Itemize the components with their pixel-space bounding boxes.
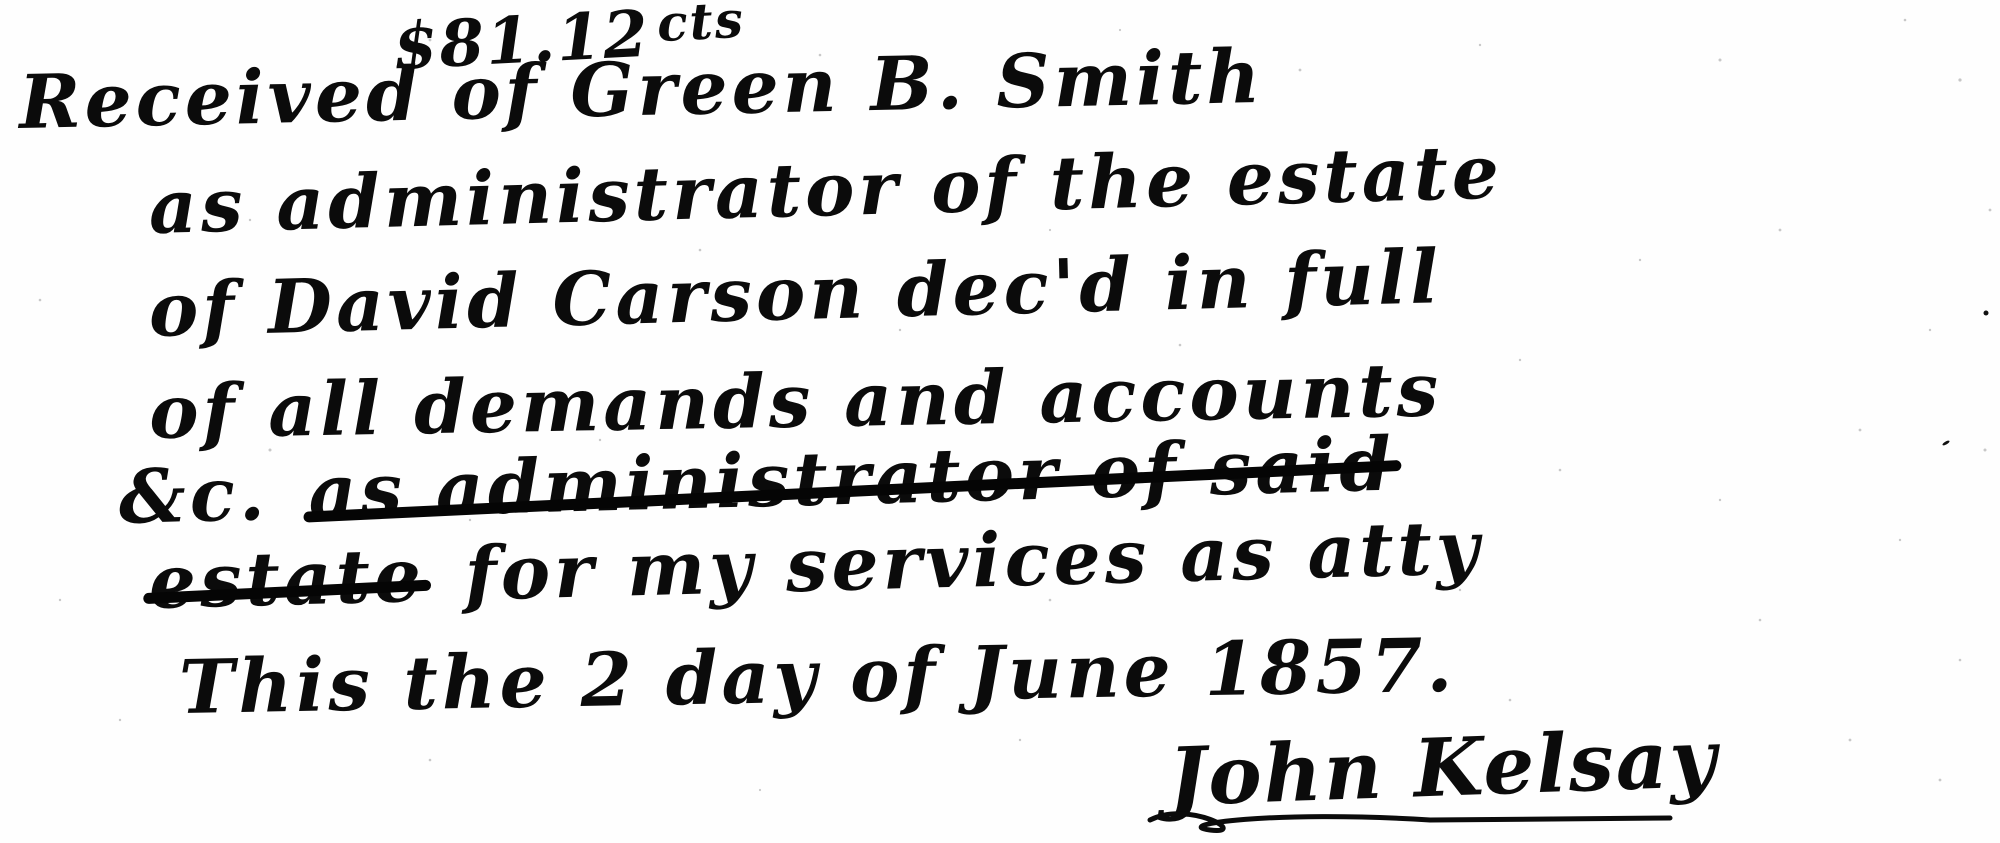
receipt-line-1: Received of Green B. Smith: [18, 34, 1265, 146]
receipt-date-line: This the 2 day of June 1857.: [178, 623, 1456, 731]
receipt-page: $81.12cts Received of Green B. Smith as …: [0, 0, 2000, 843]
struck-through-text: estate: [148, 533, 426, 626]
etc-abbreviation: &c.: [118, 451, 270, 541]
signature-flourish: [1130, 790, 1690, 840]
receipt-line-2: as administrator of the estate: [148, 130, 1504, 251]
receipt-line-3: of David Carson dec'd in full: [148, 234, 1443, 354]
